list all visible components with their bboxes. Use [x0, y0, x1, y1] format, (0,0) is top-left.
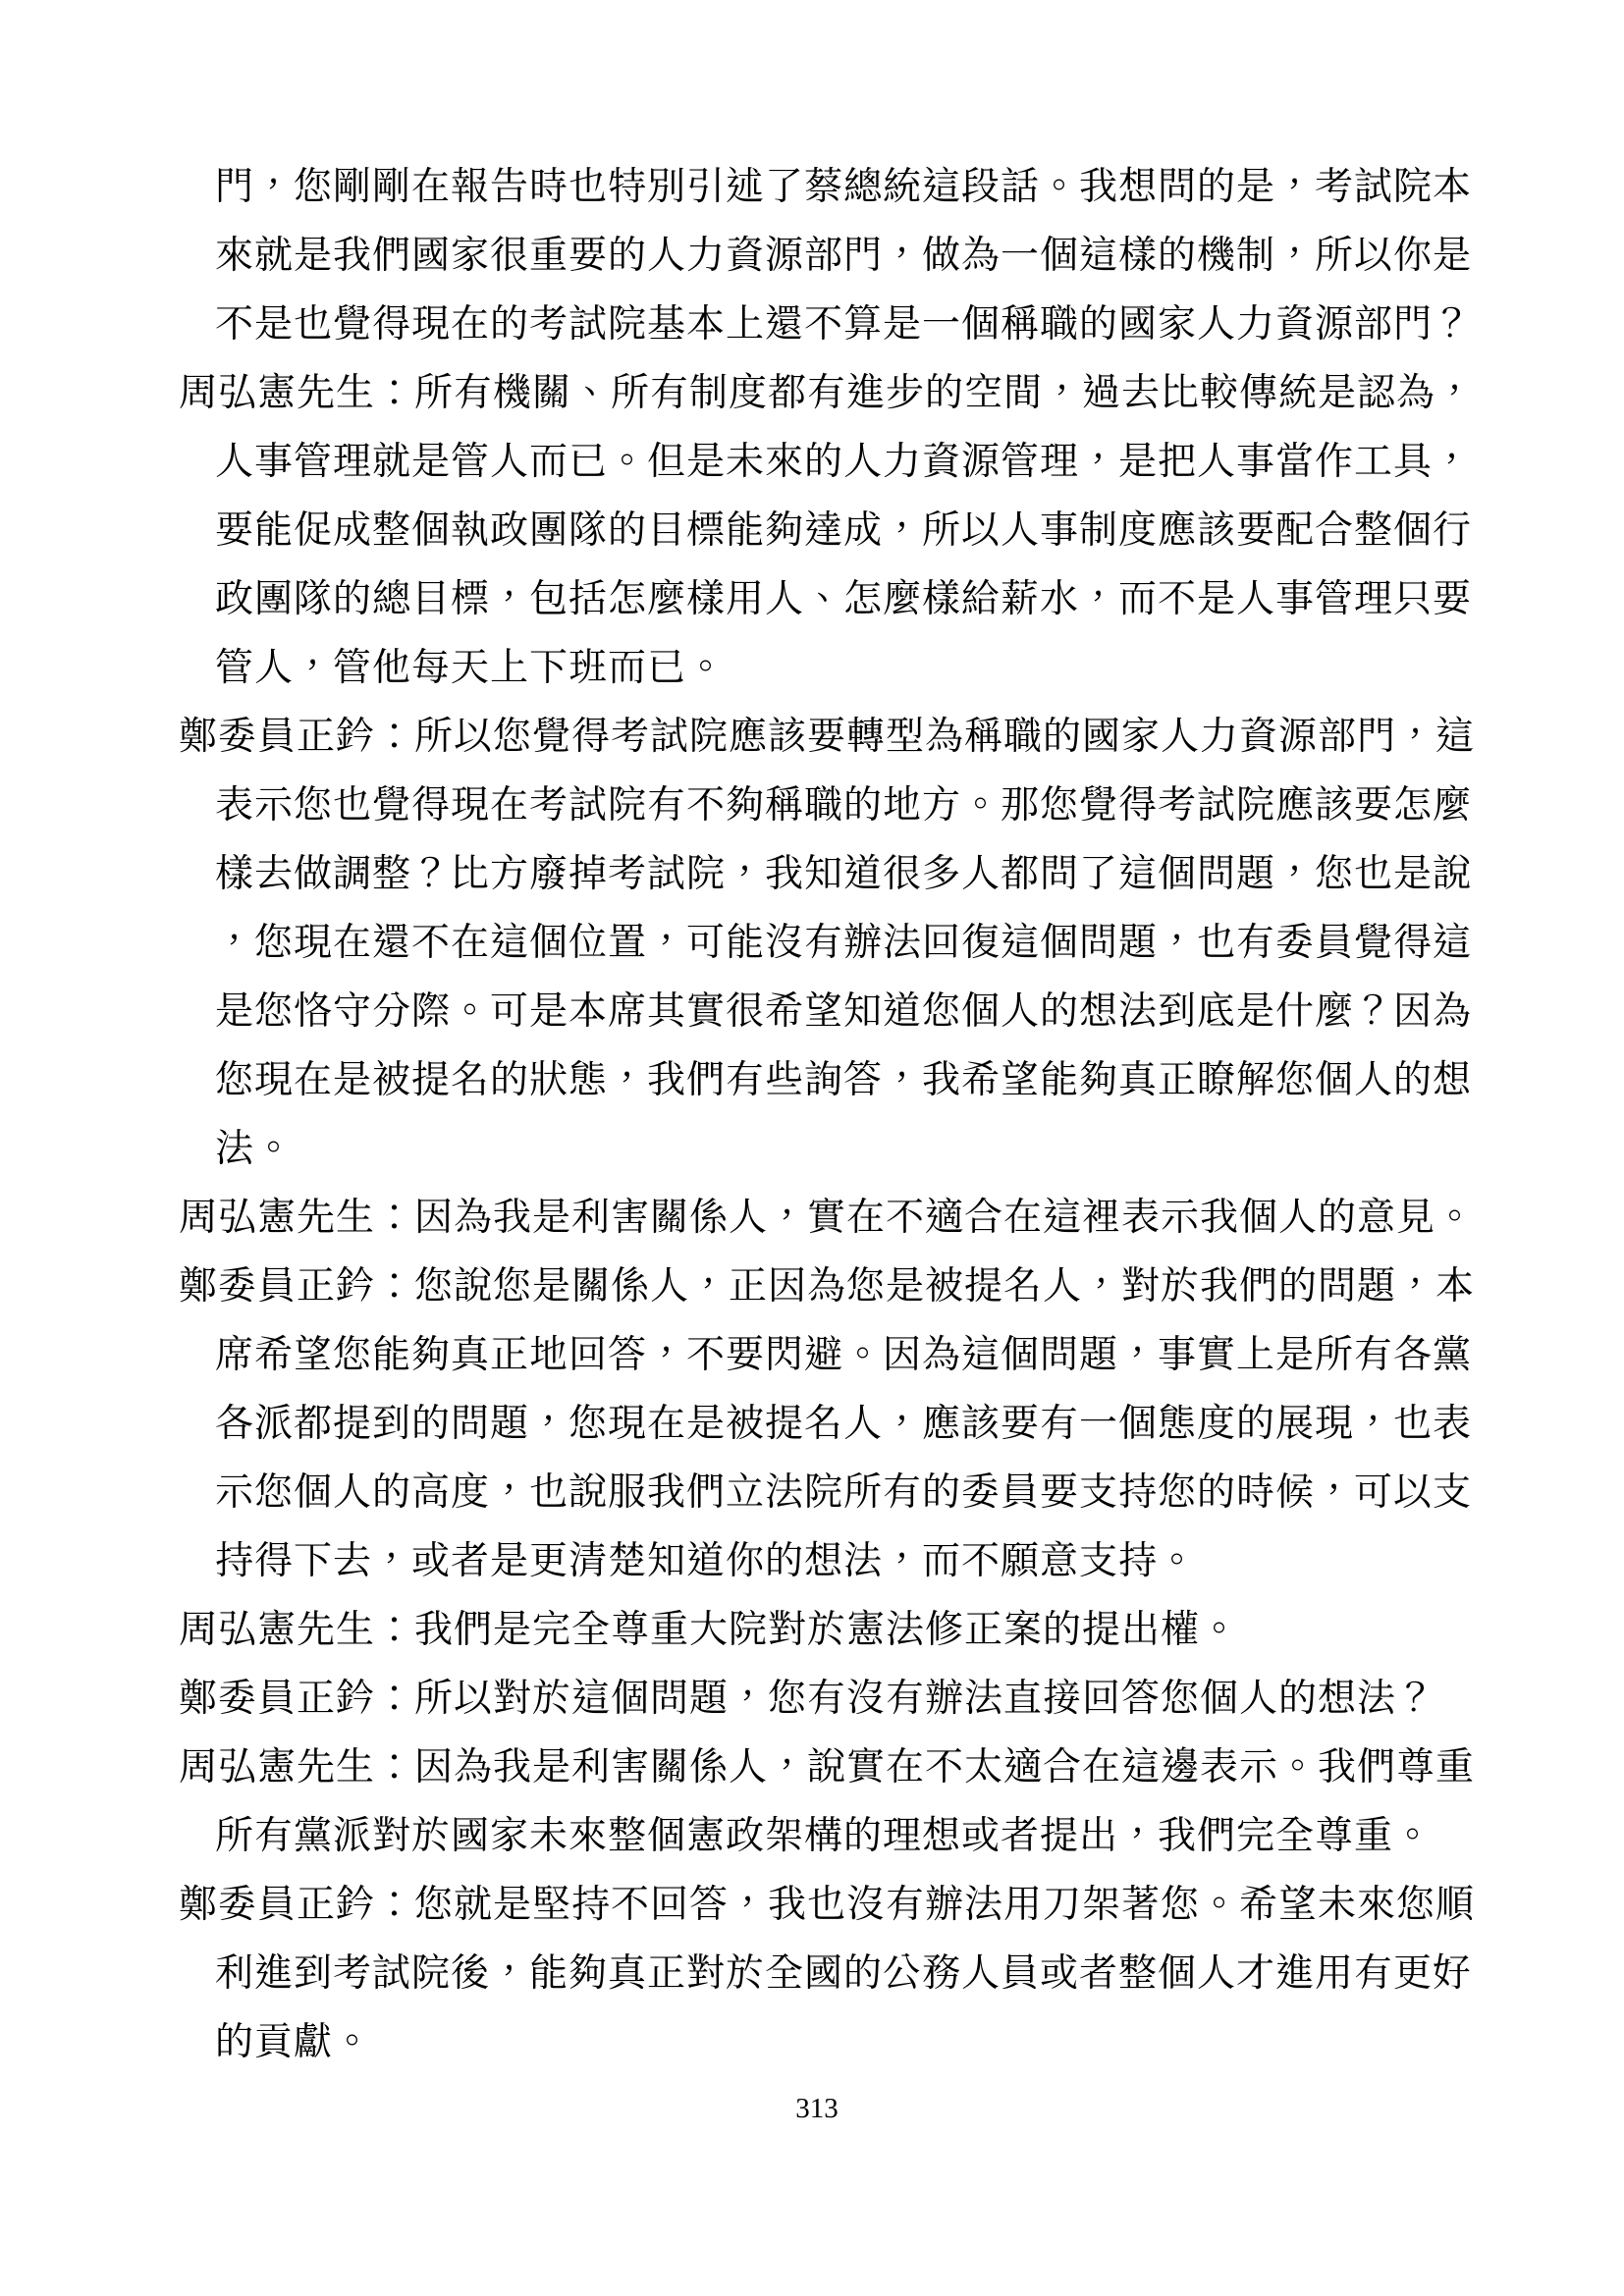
text-line: 您現在是被提名的狀態，我們有些詢答，我希望能夠真正瞭解您個人的想: [179, 1046, 1465, 1115]
text-line: 人事管理就是管人而已。但是未來的人力資源管理，是把人事當作工具，: [179, 428, 1465, 497]
text-line: 所有黨派對於國家未來整個憲政架構的理想或者提出，我們完全尊重。: [179, 1802, 1465, 1871]
text-line: 周弘憲先生：因為我是利害關係人，說實在不太適合在這邊表示。我們尊重: [179, 1734, 1465, 1802]
speech-paragraph: 鄭委員正鈐：所以對於這個問題，您有沒有辦法直接回答您個人的想法？: [179, 1665, 1465, 1734]
speech-paragraph: 周弘憲先生：因為我是利害關係人，實在不適合在這裡表示我個人的意見。: [179, 1184, 1465, 1253]
text-line: 的貢獻。: [179, 2008, 1465, 2077]
text-line: 各派都提到的問題，您現在是被提名人，應該要有一個態度的展現，也表: [179, 1390, 1465, 1459]
paragraph-continuation: 門，您剛剛在報告時也特別引述了蔡總統這段話。我想問的是，考試院本來就是我們國家很…: [179, 153, 1465, 359]
speech-paragraph: 周弘憲先生：所有機關、所有制度都有進步的空間，過去比較傳統是認為，人事管理就是管…: [179, 359, 1465, 703]
speech-paragraph: 周弘憲先生：因為我是利害關係人，說實在不太適合在這邊表示。我們尊重所有黨派對於國…: [179, 1734, 1465, 1871]
text-line: 管人，管他每天上下班而已。: [179, 634, 1465, 703]
speech-paragraph: 鄭委員正鈐：您就是堅持不回答，我也沒有辦法用刀架著您。希望未來您順利進到考試院後…: [179, 1871, 1465, 2077]
text-line: 利進到考試院後，能夠真正對於全國的公務人員或者整個人才進用有更好: [179, 1940, 1465, 2008]
text-line: 席希望您能夠真正地回答，不要閃避。因為這個問題，事實上是所有各黨: [179, 1321, 1465, 1390]
text-line: 持得下去，或者是更清楚知道你的想法，而不願意支持。: [179, 1527, 1465, 1596]
text-line: 法。: [179, 1115, 1465, 1184]
speech-paragraph: 周弘憲先生：我們是完全尊重大院對於憲法修正案的提出權。: [179, 1596, 1465, 1665]
text-line: 鄭委員正鈐：所以您覺得考試院應該要轉型為稱職的國家人力資源部門，這: [179, 703, 1465, 772]
text-line: 政團隊的總目標，包括怎麼樣用人、怎麼樣給薪水，而不是人事管理只要: [179, 565, 1465, 634]
text-line: 鄭委員正鈐：所以對於這個問題，您有沒有辦法直接回答您個人的想法？: [179, 1665, 1465, 1734]
page-footer: 313: [179, 2089, 1455, 2128]
text-line: 周弘憲先生：我們是完全尊重大院對於憲法修正案的提出權。: [179, 1596, 1465, 1665]
document-page: 門，您剛剛在報告時也特別引述了蔡總統這段話。我想問的是，考試院本來就是我們國家很…: [0, 0, 1624, 2296]
text-line: 門，您剛剛在報告時也特別引述了蔡總統這段話。我想問的是，考試院本: [179, 153, 1465, 222]
page-number: 313: [795, 2093, 839, 2124]
text-line: 要能促成整個執政團隊的目標能夠達成，所以人事制度應該要配合整個行: [179, 497, 1465, 565]
transcript-body: 門，您剛剛在報告時也特別引述了蔡總統這段話。我想問的是，考試院本來就是我們國家很…: [179, 153, 1465, 2077]
text-line: 示您個人的高度，也說服我們立法院所有的委員要支持您的時候，可以支: [179, 1459, 1465, 1527]
text-line: 表示您也覺得現在考試院有不夠稱職的地方。那您覺得考試院應該要怎麼: [179, 772, 1465, 840]
text-line: 周弘憲先生：所有機關、所有制度都有進步的空間，過去比較傳統是認為，: [179, 359, 1465, 428]
text-line: 樣去做調整？比方廢掉考試院，我知道很多人都問了這個問題，您也是說: [179, 840, 1465, 909]
text-line: 是您恪守分際。可是本席其實很希望知道您個人的想法到底是什麼？因為: [179, 978, 1465, 1046]
text-line: 不是也覺得現在的考試院基本上還不算是一個稱職的國家人力資源部門？: [179, 291, 1465, 359]
speech-paragraph: 鄭委員正鈐：您說您是關係人，正因為您是被提名人，對於我們的問題，本席希望您能夠真…: [179, 1253, 1465, 1596]
text-line: 鄭委員正鈐：您就是堅持不回答，我也沒有辦法用刀架著您。希望未來您順: [179, 1871, 1465, 1940]
text-line: 來就是我們國家很重要的人力資源部門，做為一個這樣的機制，所以你是: [179, 222, 1465, 291]
text-line: ，您現在還不在這個位置，可能沒有辦法回復這個問題，也有委員覺得這: [179, 909, 1465, 978]
speech-paragraph: 鄭委員正鈐：所以您覺得考試院應該要轉型為稱職的國家人力資源部門，這表示您也覺得現…: [179, 703, 1465, 1184]
text-line: 鄭委員正鈐：您說您是關係人，正因為您是被提名人，對於我們的問題，本: [179, 1253, 1465, 1321]
text-line: 周弘憲先生：因為我是利害關係人，實在不適合在這裡表示我個人的意見。: [179, 1184, 1465, 1253]
